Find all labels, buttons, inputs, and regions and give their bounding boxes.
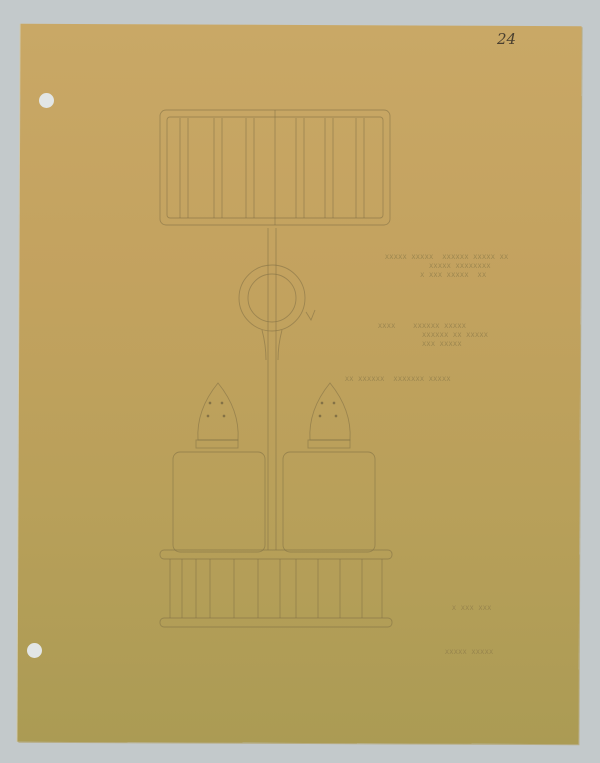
annotation-note-1: xxxxx xxxxx xxxxxx xxxxx xx xxxxx xxxxxx… [385, 253, 509, 280]
handle-ring-and-post [239, 228, 315, 550]
railed-caddy [160, 550, 392, 627]
top-view-slatted-base [160, 110, 390, 225]
annotation-note-3: xx xxxxxx xxxxxxx xxxxx [345, 375, 451, 384]
annotation-note-4: x xxx xxx [452, 604, 492, 613]
pencil-drawing [0, 0, 600, 763]
shaker-caps [196, 383, 350, 448]
annotation-note-2: xxxx xxxxxx xxxxx xxxxxx xx xxxxx xxx xx… [378, 322, 488, 349]
annotation-note-5: xxxxx xxxxx [445, 648, 494, 657]
shaker-bodies [173, 452, 375, 552]
